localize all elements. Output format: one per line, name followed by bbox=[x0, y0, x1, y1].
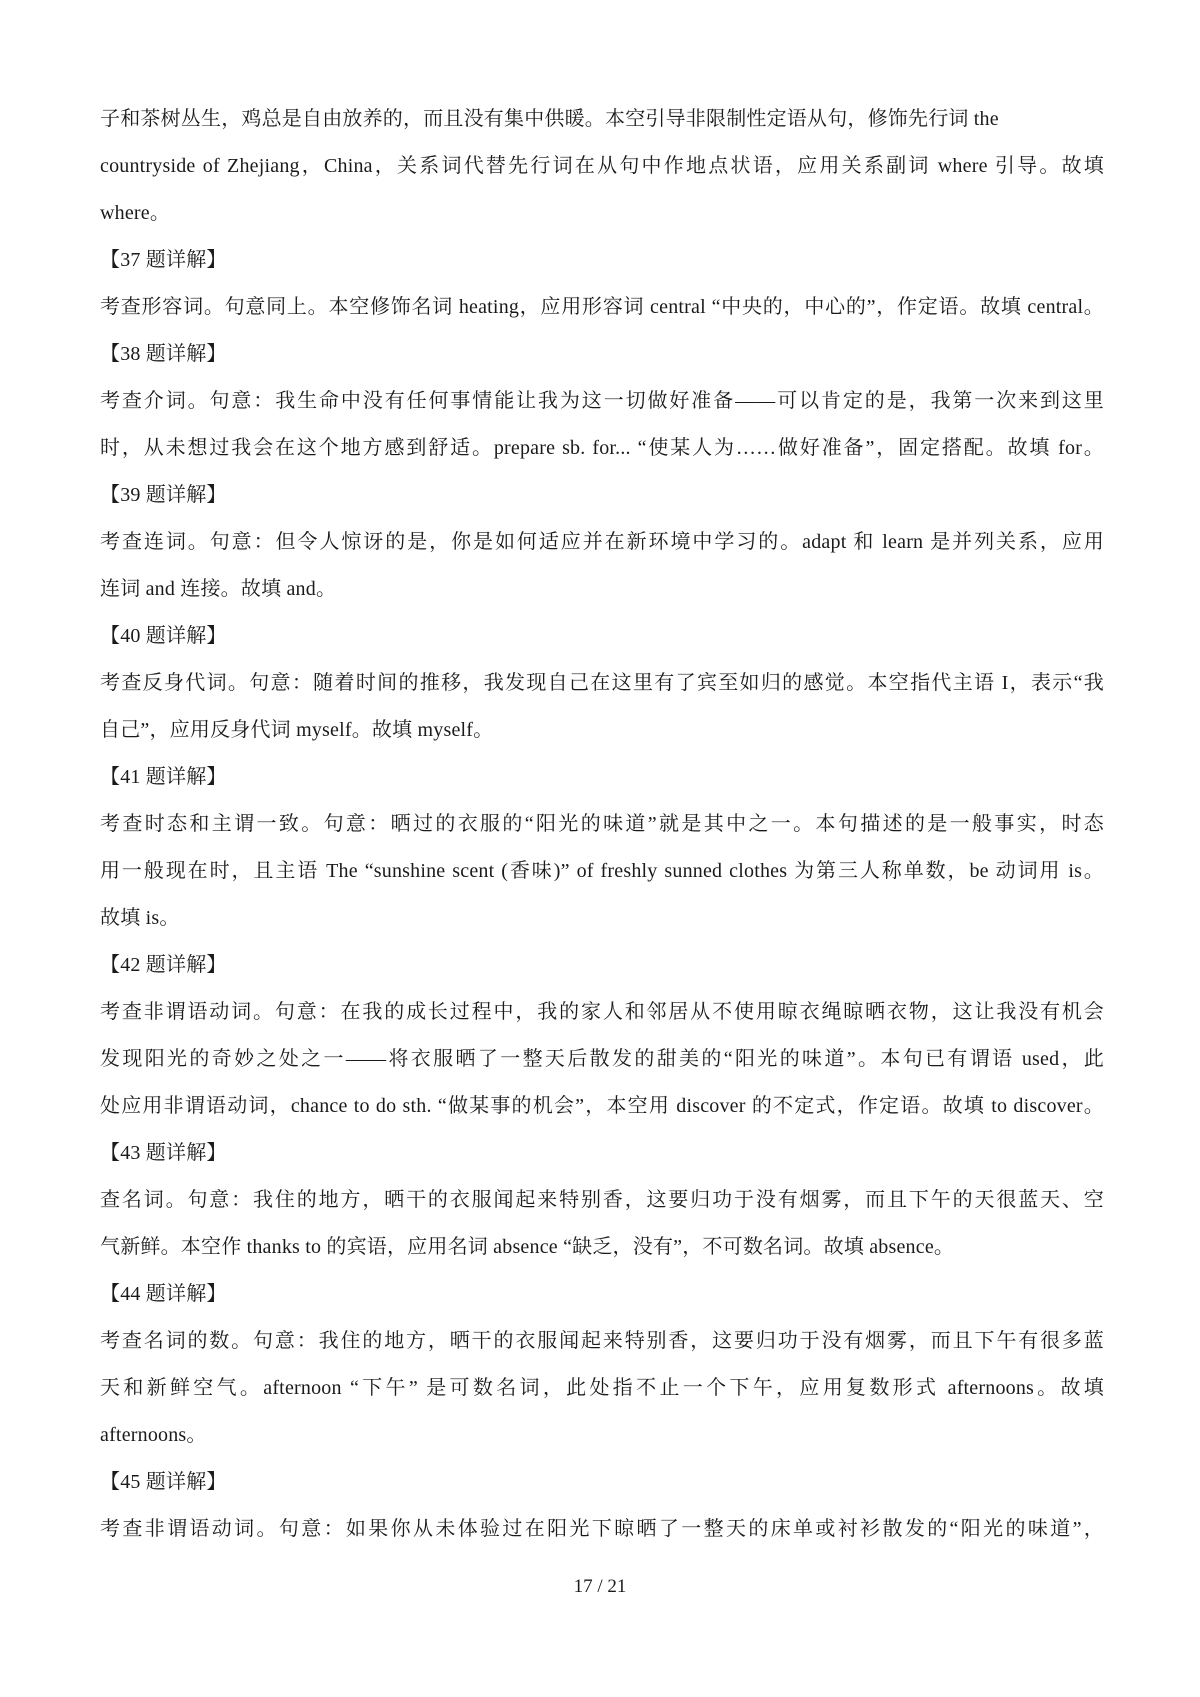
body-line: where。 bbox=[100, 190, 1104, 237]
section-heading-q43: 【43 题详解】 bbox=[100, 1130, 1104, 1177]
body-line: 查名词。句意：我住的地方，晒干的衣服闻起来特别香，这要归功于没有烟雾，而且下午的… bbox=[100, 1177, 1104, 1224]
body-line: countryside of Zhejiang，China，关系词代替先行词在从… bbox=[100, 143, 1104, 190]
section-heading-q45: 【45 题详解】 bbox=[100, 1459, 1104, 1506]
section-heading-q37: 【37 题详解】 bbox=[100, 237, 1104, 284]
body-line: afternoons。 bbox=[100, 1412, 1104, 1459]
body-line: 考查非谓语动词。句意：在我的成长过程中，我的家人和邻居从不使用晾衣绳晾晒衣物，这… bbox=[100, 989, 1104, 1036]
body-line: 故填 is。 bbox=[100, 895, 1104, 942]
body-line: 用一般现在时，且主语 The “sunshine scent (香味)” of … bbox=[100, 848, 1104, 895]
body-line: 气新鲜。本空作 thanks to 的宾语，应用名词 absence “缺乏，没… bbox=[100, 1224, 1104, 1271]
document-page: 子和茶树丛生，鸡总是自由放养的，而且没有集中供暖。本空引导非限制性定语从句，修饰… bbox=[0, 0, 1200, 1697]
body-line: 自己”，应用反身代词 myself。故填 myself。 bbox=[100, 707, 1104, 754]
body-line: 考查介词。句意：我生命中没有任何事情能让我为这一切做好准备——可以肯定的是，我第… bbox=[100, 378, 1104, 425]
section-heading-q39: 【39 题详解】 bbox=[100, 472, 1104, 519]
body-line: 时，从未想过我会在这个地方感到舒适。prepare sb. for... “使某… bbox=[100, 425, 1104, 472]
body-line: 考查形容词。句意同上。本空修饰名词 heating，应用形容词 central … bbox=[100, 284, 1104, 331]
section-heading-q42: 【42 题详解】 bbox=[100, 942, 1104, 989]
body-line: 考查反身代词。句意：随着时间的推移，我发现自己在这里有了宾至如归的感觉。本空指代… bbox=[100, 660, 1104, 707]
page-number: 17 / 21 bbox=[0, 1563, 1200, 1610]
text-block: 子和茶树丛生，鸡总是自由放养的，而且没有集中供暖。本空引导非限制性定语从句，修饰… bbox=[100, 96, 1104, 1553]
section-heading-q40: 【40 题详解】 bbox=[100, 613, 1104, 660]
body-line: 处应用非谓语动词，chance to do sth. “做某事的机会”，本空用 … bbox=[100, 1083, 1104, 1130]
body-line: 考查非谓语动词。句意：如果你从未体验过在阳光下晾晒了一整天的床单或衬衫散发的“阳… bbox=[100, 1506, 1104, 1553]
body-line: 天和新鲜空气。afternoon “下午” 是可数名词，此处指不止一个下午，应用… bbox=[100, 1365, 1104, 1412]
body-line: 考查时态和主谓一致。句意：晒过的衣服的“阳光的味道”就是其中之一。本句描述的是一… bbox=[100, 801, 1104, 848]
section-heading-q41: 【41 题详解】 bbox=[100, 754, 1104, 801]
body-line: 发现阳光的奇妙之处之一——将衣服晒了一整天后散发的甜美的“阳光的味道”。本句已有… bbox=[100, 1036, 1104, 1083]
section-heading-q44: 【44 题详解】 bbox=[100, 1271, 1104, 1318]
section-heading-q38: 【38 题详解】 bbox=[100, 331, 1104, 378]
body-line: 连词 and 连接。故填 and。 bbox=[100, 566, 1104, 613]
body-line: 考查名词的数。句意：我住的地方，晒干的衣服闻起来特别香，这要归功于没有烟雾，而且… bbox=[100, 1318, 1104, 1365]
body-line: 子和茶树丛生，鸡总是自由放养的，而且没有集中供暖。本空引导非限制性定语从句，修饰… bbox=[100, 96, 1104, 143]
body-line: 考查连词。句意：但令人惊讶的是，你是如何适应并在新环境中学习的。adapt 和 … bbox=[100, 519, 1104, 566]
